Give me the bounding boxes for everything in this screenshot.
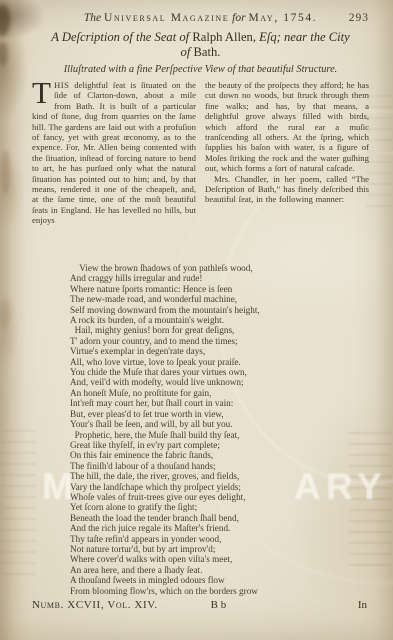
poem-line: And, veil'd with modeſty, would live unk… <box>70 377 369 387</box>
left-column: THIS delightful ſeat is ſituated on the … <box>32 80 196 258</box>
title-segment: A Deſcription of the Seat of <box>51 30 189 44</box>
header-word-the: The <box>84 12 101 24</box>
right-column-paragraph-1: the beauty of the proſpects they afford;… <box>205 80 369 174</box>
header-word-for: for <box>232 12 245 24</box>
poem-line: Great like thyſelf, in ev'ry part comple… <box>70 440 369 450</box>
drop-cap: T <box>32 80 54 105</box>
poem-line: An area here, and there a ſhady ſeat. <box>70 565 369 575</box>
poem-line: The finiſh'd labour of a thouſand hands; <box>70 461 369 471</box>
poem-line: Virtue's exemplar in degen'rate days, <box>70 346 369 356</box>
issue-number: Numb. XCVII, Vol. XIV. <box>32 599 158 611</box>
title-person-name: Ralph Allen, <box>192 30 256 44</box>
poem-line: Thy taſte refin'd appears in yonder wood… <box>70 534 369 544</box>
article-title: A Deſcription of the Seat of Ralph Allen… <box>32 30 369 60</box>
page-number: 293 <box>349 12 369 24</box>
poem-line: On this fair eminence the fabric ſtands, <box>70 450 369 460</box>
poem-line: A rock its burden, of a mountain's weigh… <box>70 315 369 325</box>
poem-quotation: View the brown ſhadows of yon pathleſs w… <box>70 263 369 596</box>
poem-line: Prophetic, here, the Muſe ſhall build th… <box>70 430 369 440</box>
title-segment: of <box>181 45 191 59</box>
left-column-paragraph: THIS delightful ſeat is ſituated on the … <box>32 80 196 226</box>
poem-line: From blooming flow'rs, which on the bord… <box>70 586 369 596</box>
poem-line: Vary the landſchape which thy proſpect y… <box>70 482 369 492</box>
poem-line: The new-made road, and wonderful machine… <box>70 294 369 304</box>
poem-line: Hail, mighty genius! born for great deſi… <box>70 325 369 335</box>
catchword: In <box>358 599 367 611</box>
left-column-text: delightful ſeat is ſituated on the ſide … <box>32 80 196 225</box>
poem-line: The hill, the dale, the river, groves, a… <box>70 471 369 481</box>
page-footer: Numb. XCVII, Vol. XIV. B b In <box>32 599 369 613</box>
poem-line: But, ever pleas'd to ſet true worth in v… <box>70 409 369 419</box>
poem-line: You chide the Muſe that dares your virtu… <box>70 367 369 377</box>
poem-line: Your's ſhall be ſeen, and will, by all b… <box>70 419 369 429</box>
issue-date: May, 1754. <box>248 12 317 24</box>
two-column-body: THIS delightful ſeat is ſituated on the … <box>32 80 369 258</box>
lead-capitals: HIS <box>54 80 70 90</box>
poem-line: Beneath the load the tender branch ſhall… <box>70 513 369 523</box>
poem-line: Yet ſcorn alone to gratify the ſight; <box>70 502 369 512</box>
poem-line: A thouſand ſweets in mingled odours flow <box>70 575 369 585</box>
poem-line: Where nature ſports romantic: Hence is ſ… <box>70 284 369 294</box>
poem-line: And craggy hills irregular and rude! <box>70 273 369 283</box>
magazine-page: The Universal Magazine for May, 1754. 29… <box>0 0 393 640</box>
poem-line: Not nature tortur'd, but by art improv'd… <box>70 544 369 554</box>
printer-signature-mark: B b <box>211 599 227 611</box>
article-subtitle: Illuſtrated with a fine Perſpective View… <box>32 64 369 75</box>
poem-line: Self moving downward from the mountain's… <box>70 305 369 315</box>
title-place-name: Bath. <box>194 45 221 59</box>
poem-line: Whoſe vales of fruit-trees give our eyes… <box>70 492 369 502</box>
poem-line: Where cover'd walks with open viſta's me… <box>70 554 369 564</box>
poem-line: And the rich juice regale its Maſter's f… <box>70 523 369 533</box>
poem-line: All, who love virtue, love to ſpeak your… <box>70 357 369 367</box>
magazine-name: Universal Magazine <box>104 12 229 24</box>
right-column-paragraph-2: Mrs. Chandler, in her poem, called “The … <box>205 174 369 205</box>
poem-line: An honeſt Muſe, no proſtitute for gain, <box>70 388 369 398</box>
right-column: the beauty of the proſpects they afford;… <box>205 80 369 258</box>
title-segment: Eſq; near the City <box>259 30 350 44</box>
poem-line: View the brown ſhadows of yon pathleſs w… <box>70 263 369 273</box>
running-header: The Universal Magazine for May, 1754. 29… <box>32 12 369 24</box>
poem-line: Int'reſt may court her, but ſhall court … <box>70 398 369 408</box>
poem-line: T' adorn your country, and to mend the t… <box>70 336 369 346</box>
